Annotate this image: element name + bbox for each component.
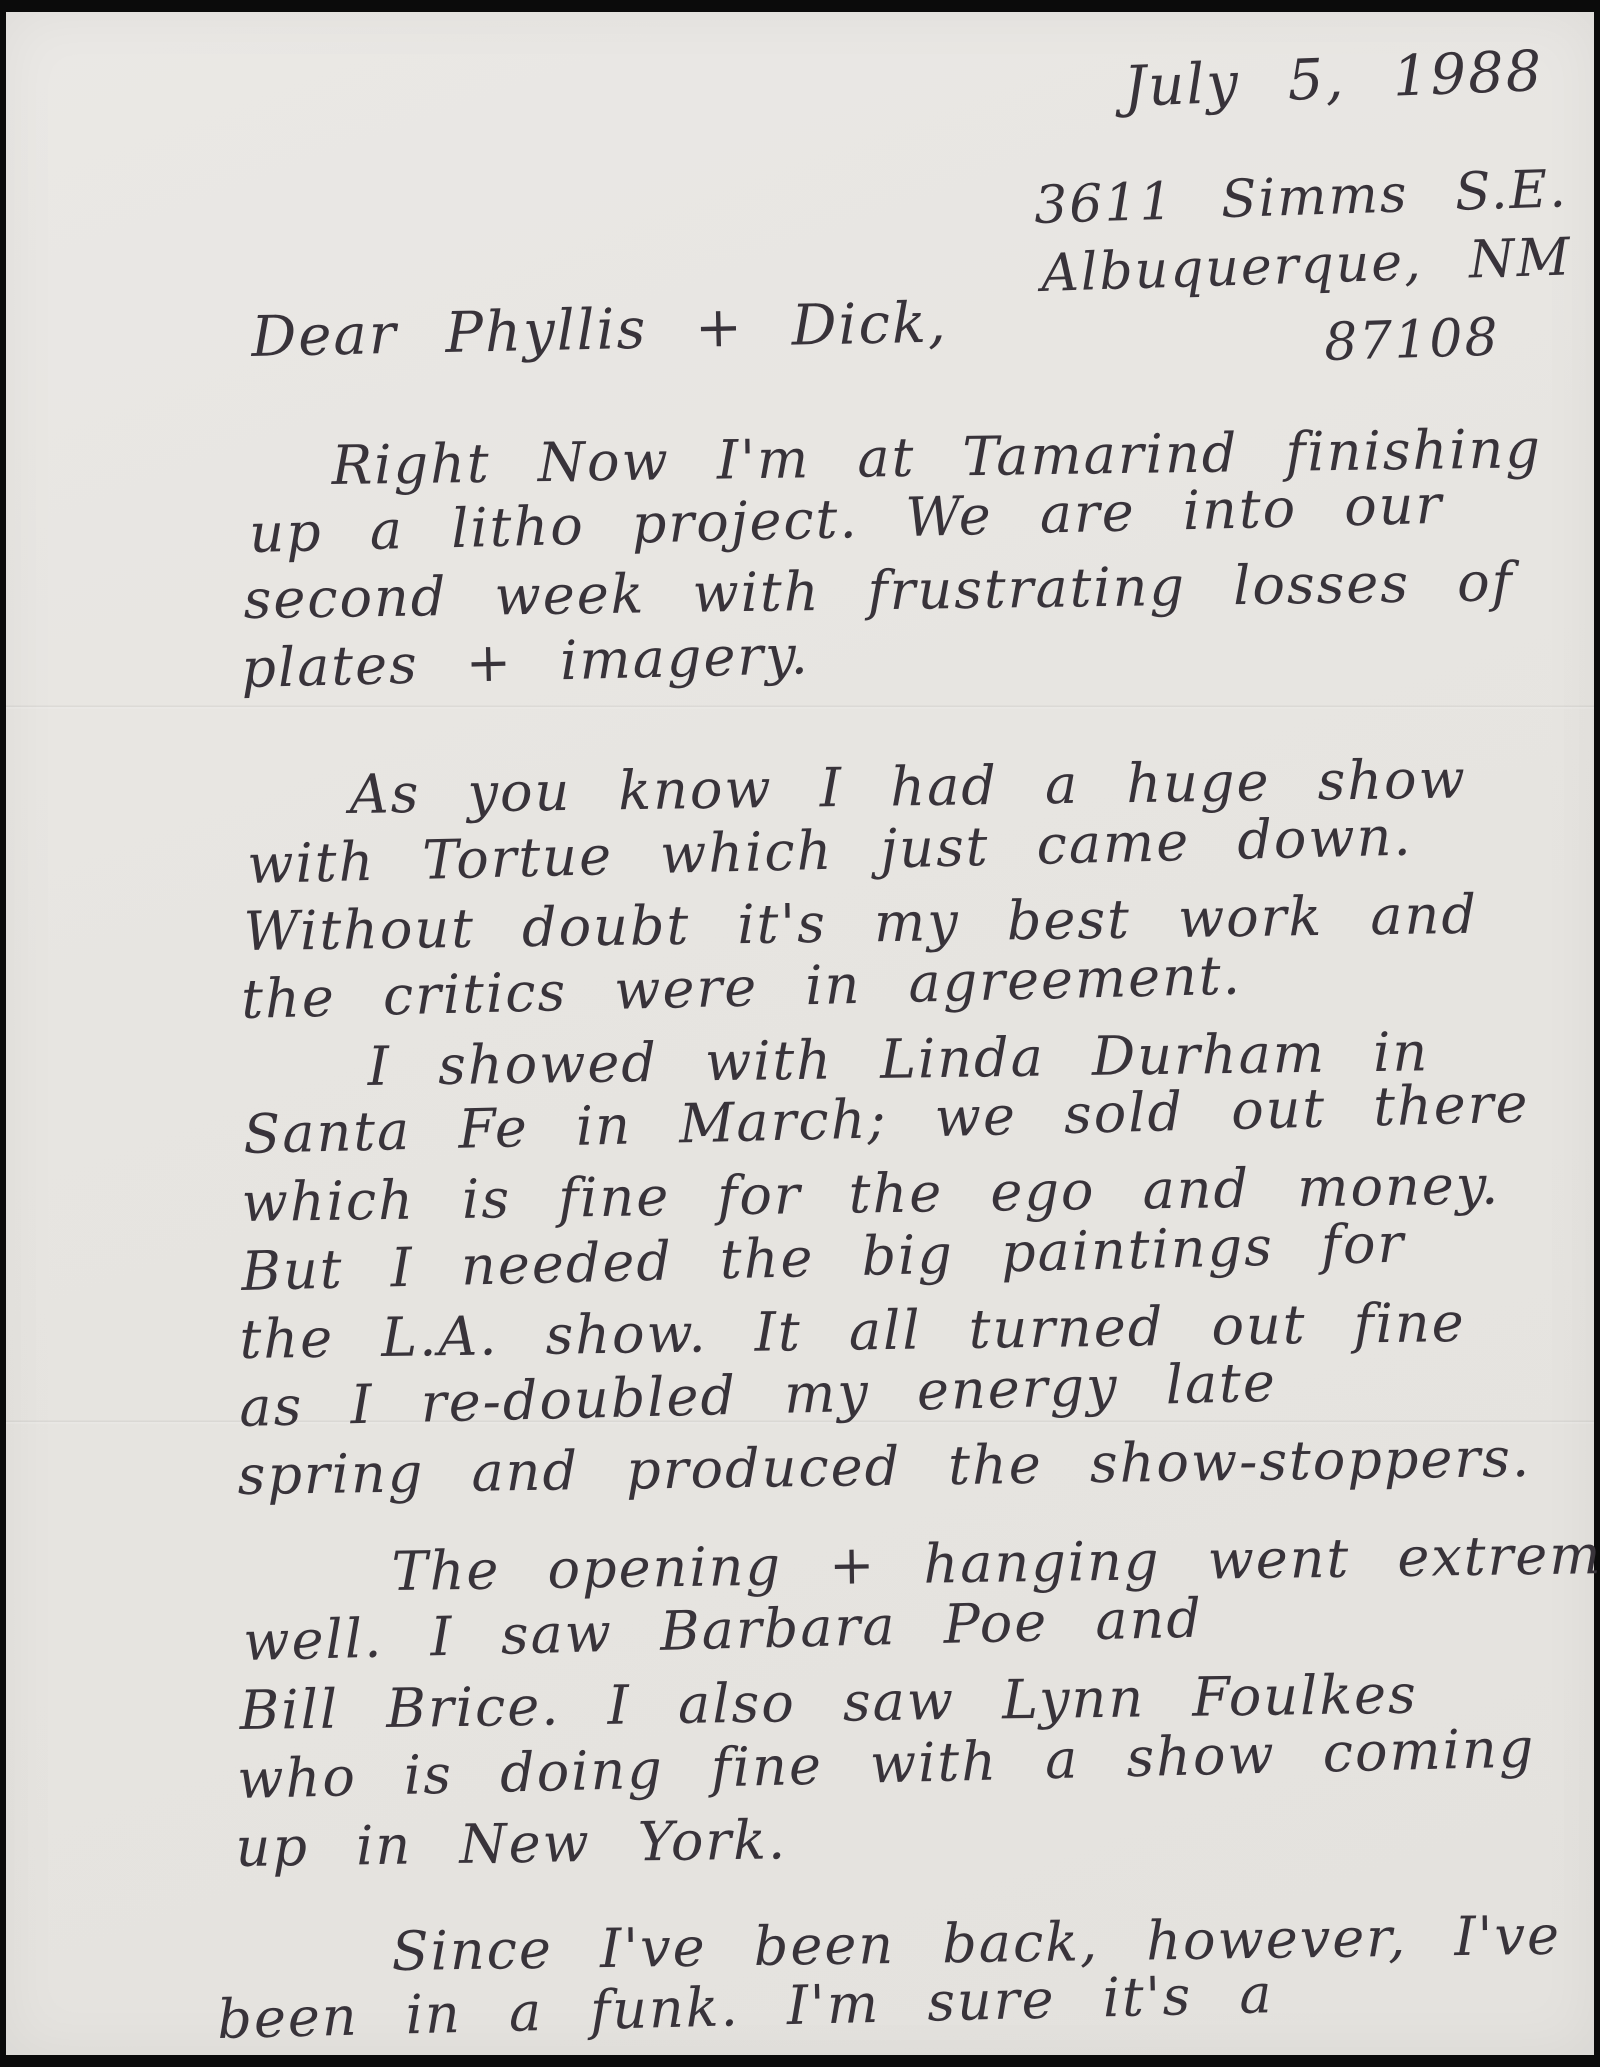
body-line: been in a funk. I'm sure it's a <box>217 1967 1274 2047</box>
address-line-1: 3611 Simms S.E. <box>1033 163 1568 232</box>
date-line: July 5, 1988 <box>1123 44 1544 116</box>
fold-crease-top <box>6 705 1594 709</box>
body-line: spring and produced the show-stoppers. <box>237 1431 1531 1503</box>
body-line: The opening + hanging went extremely <box>391 1527 1600 1599</box>
salutation-line: Dear Phyllis + Dick, <box>251 295 948 366</box>
body-line: plates + imagery. <box>241 628 811 696</box>
letter-page: July 5, 1988 3611 Simms S.E. Albuquerque… <box>6 12 1594 2055</box>
address-line-3: 87108 <box>1323 312 1500 369</box>
body-line: second week with frustrating losses of <box>243 555 1514 627</box>
body-line: the L.A. show. It all turned out fine <box>239 1296 1466 1367</box>
body-line: Without doubt it's my best work and <box>243 888 1478 959</box>
body-line: well. I saw Barbara Poe and <box>243 1592 1204 1669</box>
address-line-2: Albuquerque, NM <box>1040 231 1572 300</box>
body-line: up in New York. <box>235 1813 787 1875</box>
